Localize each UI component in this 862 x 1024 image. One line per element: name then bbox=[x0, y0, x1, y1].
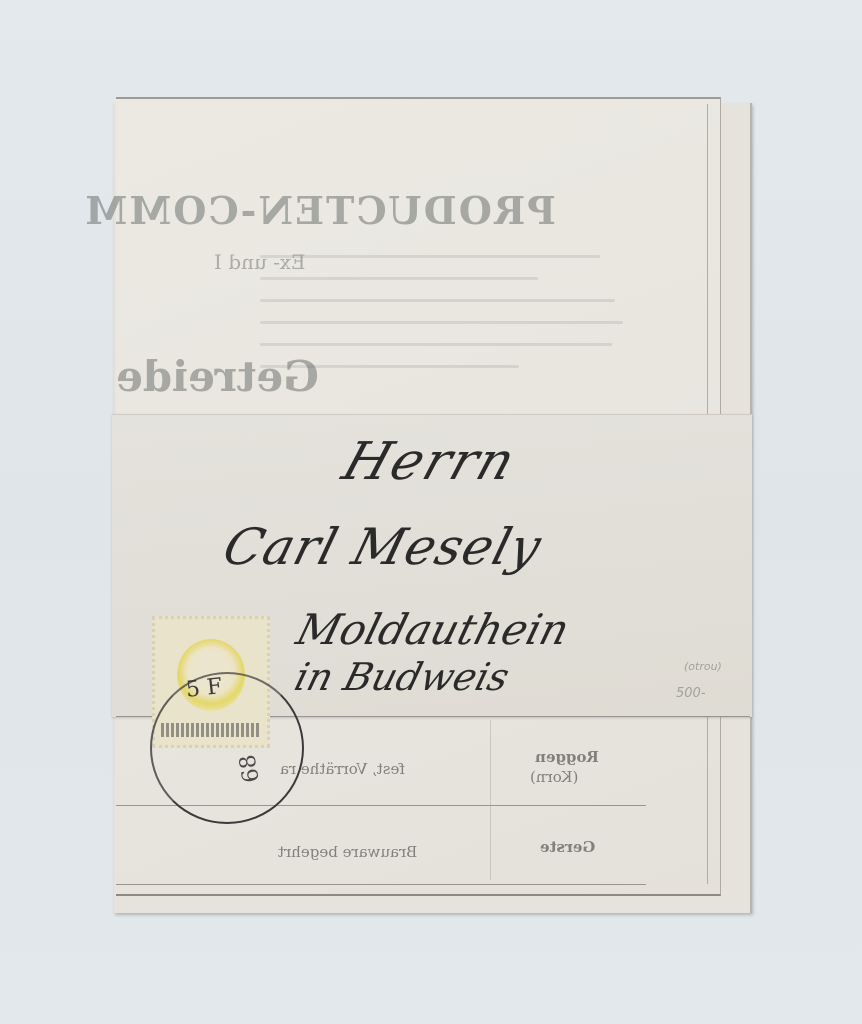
handwritten-place: Moldauthein bbox=[291, 605, 574, 654]
postmark-number: 68 bbox=[235, 753, 264, 785]
printed-row-item: Gerste bbox=[540, 838, 595, 856]
printed-heading: Getreide bbox=[116, 352, 319, 401]
printed-row-note: Brauware begehrt bbox=[278, 843, 417, 861]
printed-title: PRODUCTEN-COMM bbox=[116, 188, 556, 233]
printed-row-item: Roggen bbox=[535, 748, 599, 766]
table-rule bbox=[116, 884, 646, 885]
pencil-price: 500- bbox=[676, 686, 706, 701]
postmark-circle-icon bbox=[150, 672, 304, 824]
pencil-note: (otrou) bbox=[684, 660, 722, 673]
printed-row-sub: (Korn) bbox=[530, 768, 578, 786]
table-column-rule bbox=[490, 720, 491, 880]
handwritten-salutation: Herrn bbox=[335, 432, 524, 492]
handwritten-district: in Budweis bbox=[290, 655, 514, 699]
handwritten-name: Carl Mesely bbox=[217, 518, 548, 576]
